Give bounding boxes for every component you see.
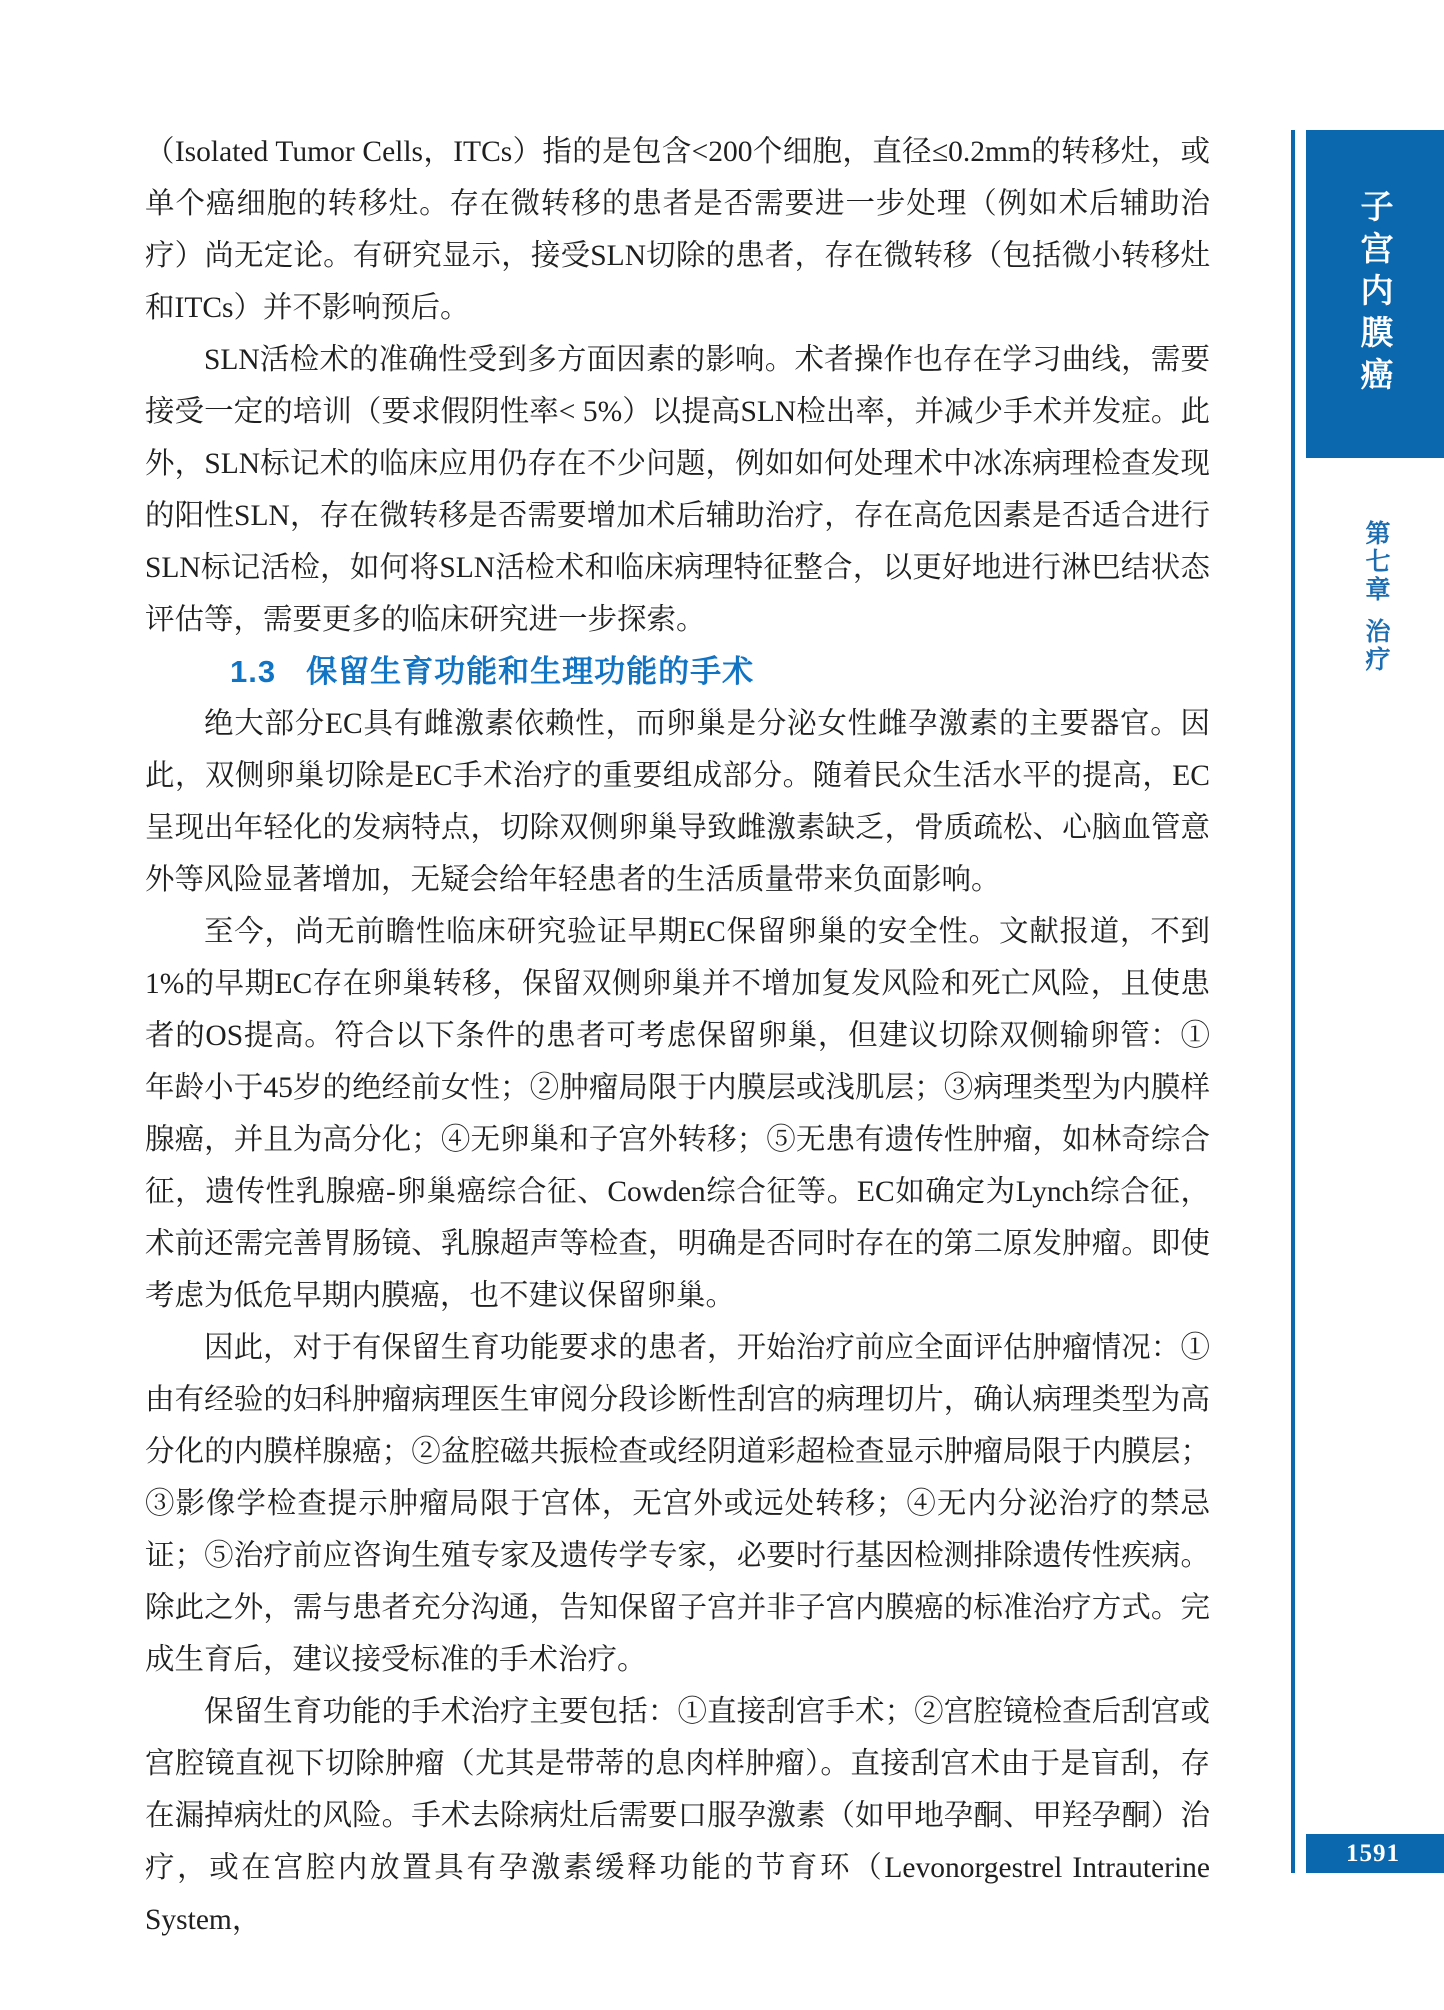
section-heading-number: 1.3 xyxy=(230,654,276,689)
chapter-topic: 治疗 xyxy=(1362,618,1389,674)
paragraph: SLN活检术的准确性受到多方面因素的影响。术者操作也存在学习曲线，需要接受一定的… xyxy=(145,334,1210,646)
paragraph: （Isolated Tumor Cells，ITCs）指的是包含<200个细胞，… xyxy=(145,126,1210,334)
section-heading: 1.3保留生育功能和生理功能的手术 xyxy=(145,646,1210,698)
page-number-box: 1591 xyxy=(1306,1834,1444,1873)
book-title: 子宫内膜癌 xyxy=(1352,189,1399,399)
paragraph: 至今，尚无前瞻性临床研究验证早期EC保留卵巢的安全性。文献报道，不到1%的早期E… xyxy=(145,906,1210,1322)
sidebar-rule xyxy=(1291,130,1295,1873)
paragraph: 因此，对于有保留生育功能要求的患者，开始治疗前应全面评估肿瘤情况：①由有经验的妇… xyxy=(145,1322,1210,1686)
page-number: 1591 xyxy=(1306,1840,1400,1868)
chapter-number: 第七章 xyxy=(1362,520,1389,604)
paragraph: 保留生育功能的手术治疗主要包括：①直接刮宫手术；②宫腔镜检查后刮宫或宫腔镜直视下… xyxy=(145,1686,1210,1946)
chapter-label: 第七章治疗 xyxy=(1306,520,1444,674)
page: （Isolated Tumor Cells，ITCs）指的是包含<200个细胞，… xyxy=(0,0,1444,2010)
book-title-box: 子宫内膜癌 xyxy=(1306,130,1444,458)
section-heading-title: 保留生育功能和生理功能的手术 xyxy=(306,654,754,689)
paragraph: 绝大部分EC具有雌激素依赖性，而卵巢是分泌女性雌孕激素的主要器官。因此，双侧卵巢… xyxy=(145,698,1210,906)
chapter-vertical-text: 第七章治疗 xyxy=(1357,520,1393,674)
main-text-column: （Isolated Tumor Cells，ITCs）指的是包含<200个细胞，… xyxy=(145,126,1210,1946)
